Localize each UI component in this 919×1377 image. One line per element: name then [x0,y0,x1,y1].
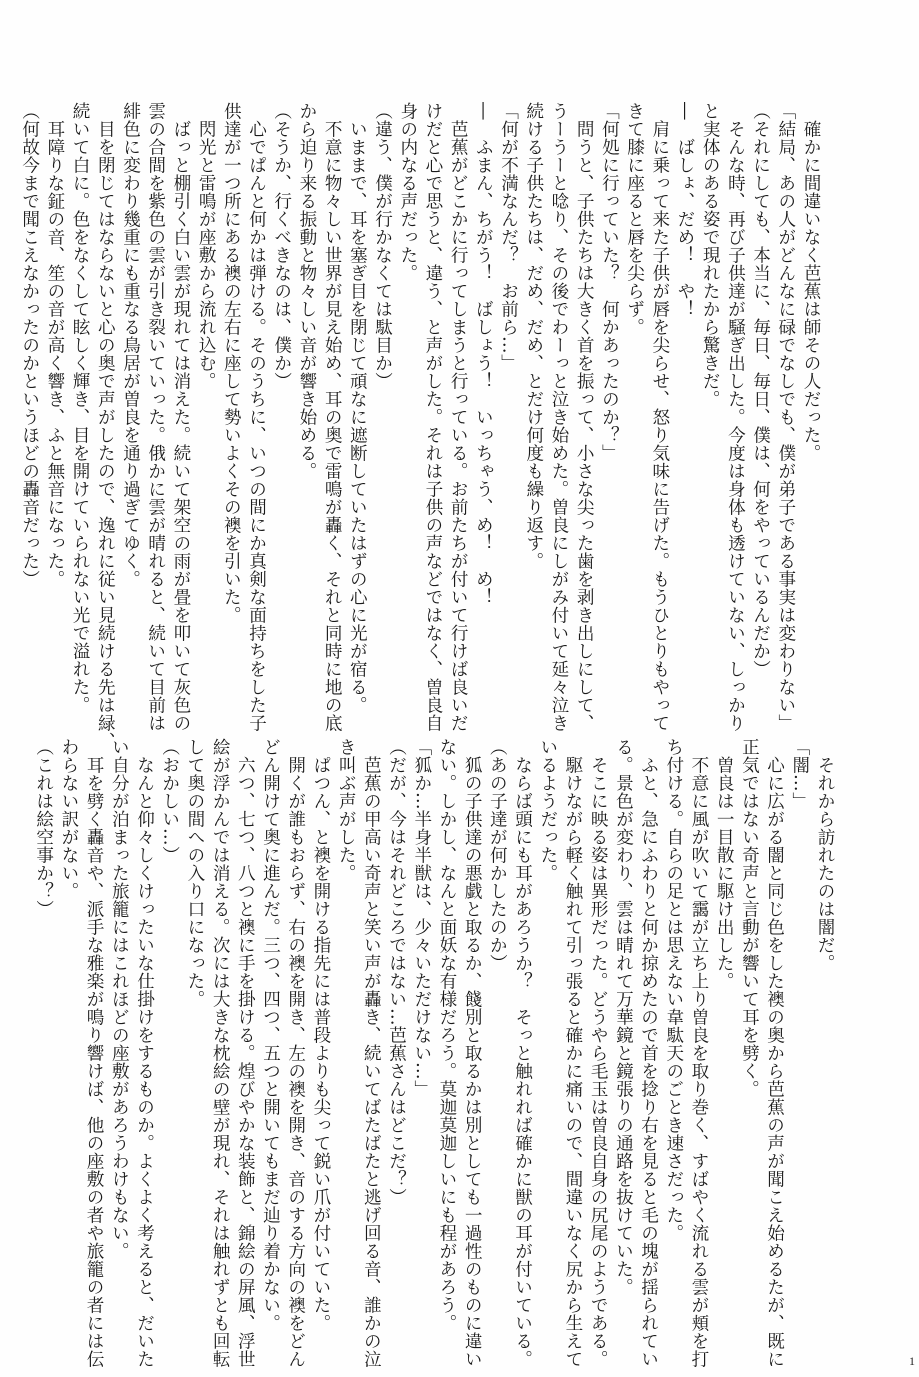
text-line: そこに映る姿は異形だった。どうやら毛玉は曽良自身の尻尾のようである。 [585,738,610,1298]
text-line: 耳障りな鉦の音、笙の音が高く響き、ふと無音になった。 [42,102,67,662]
text-line: 駆けながら軽く触れて引っ張ると確かに痛いので、間違いなく尻から生えて [560,738,585,1298]
text-line: 目を閉じてはならないと心の奥で声がしたので、逸れに従い見続ける先は緑、 [92,102,117,662]
text-line: 緋色に変わり幾重にも重なる鳥居が曽良を通り過ぎてゆく。 [117,102,142,662]
text-line: 続いて白に。色をなくして眩しく輝き、目を開けていられない光で溢れた。 [67,102,92,662]
text-line: 身の内なる声だった。 [395,102,420,662]
text-line: 曽良は一目散に駆け出した。 [711,738,736,1298]
text-line: （あの子達が何かしたのか） [484,738,509,1298]
text-line: い自分が泊まった旅籠にはこれほどの座敷があろうわけもない。 [106,738,131,1298]
text-line: 不意に風が吹いて靄が立ち上り曽良を取り巻く、すばやく流れる雲が頬を打 [686,738,711,1298]
text-line: 「闇…」 [787,738,812,1298]
text-line: 六つ、七つ、八つと襖に手を掛ける。煌びやかな装飾と、錦絵の屏風、浮世 [232,738,257,1298]
text-line: ― ふまん、ちがう！ ばしょう！ いっちゃう、め！ め！ [470,102,495,662]
text-line: して奥の間への入り口になった。 [182,738,207,1298]
text-line: けだと心で思うと、違う、と声がした。それは子供の声などではなく、曽良自 [420,102,445,662]
text-line: 不意に物々しい世界が見え始め、耳の奥で雷鳴が轟く、それと同時に地の底 [319,102,344,662]
book-page: 確かに間違いなく芭蕉は師その人だった。「結局、あの人がどんなに碌でなしでも、僕が… [0,0,919,1377]
text-line: と実体のある姿で現れたから驚きだ。 [697,102,722,662]
text-line: （何故今まで聞こえなかったのかというほどの轟音だった） [17,102,42,662]
text-block-bottom: それから訪れたのは闇だ。「闇…」 心に広がる闇と同じ色をした襖の奥から芭蕉の声が… [93,738,837,1298]
text-line: 閃光と雷鳴が座敷から流れ込む。 [193,102,218,662]
text-line: 続ける子供たちは、だめ、だめ、とだけ何度も繰り返す。 [521,102,546,662]
text-line: 正気ではない奇声と言動が響いて耳を劈く。 [736,738,761,1298]
text-line: それから訪れたのは闇だ。 [812,738,837,1298]
text-line: る。景色が変わり、雲は晴れて万華鏡と鏡張りの通路を抜けていた。 [610,738,635,1298]
text-line: ち付ける。自らの足とは思えない韋駄天のごとき速さだった。 [661,738,686,1298]
page-number: 1 [909,1354,919,1369]
text-line: 絵が浮かんでは消える。次には大きな枕絵の壁が現れ、それは触れずとも回転 [207,738,232,1298]
text-line: （そうか、行くべきなのは、僕か） [269,102,294,662]
text-line: （おかしい…） [157,738,182,1298]
text-line: ばっと棚引く白い雲が現れては消えた。続いて架空の雨が畳を叩いて灰色の [168,102,193,662]
text-line: 肩に乗って来た子供が唇を尖らせ、怒り気味に告げた。もうひとりもやって [647,102,672,662]
text-line: 雲の合間を紫色の雲が引き裂いていった。俄かに雲が晴れると、続いて目前は [143,102,168,662]
text-line: 芭蕉がどこかに行ってしまうと行っている。お前たちが付いて行けば良いだ [445,102,470,662]
text-line: 確かに間違いなく芭蕉は師その人だった。 [798,102,823,662]
text-line: ― ばしょ、だめ！ や！ [672,102,697,662]
text-line: きて膝に座ると唇を尖らず。 [621,102,646,662]
text-line: 供達が一つ所にある襖の左右に座して勢いよくその襖を引いた。 [218,102,243,662]
text-line: わらない訳がない。 [56,738,81,1298]
text-line: ぱつん、と襖を開ける指先には普段よりも尖って鋭い爪が付いていた。 [308,738,333,1298]
text-line: うーうーと唸り、その後でわーっと泣き始めた。曽良にしがみ付いて延々泣き [546,102,571,662]
text-line: 心に広がる闇と同じ色をした襖の奥から芭蕉の声が聞こえ始めるたが、既に [761,738,786,1298]
text-line: ならば頭にも耳があろうか？ そっと触れれば確かに獣の耳が付いている。 [509,738,534,1298]
text-line: 「何が不満なんだ？ お前ら…」 [495,102,520,662]
text-line: 開くが誰もおらず、右の襖を開き、左の襖を開き、音のする方向の襖をどん [283,738,308,1298]
text-block-top: 確かに間違いなく芭蕉は師その人だった。「結局、あの人がどんなに碌でなしでも、僕が… [93,102,823,662]
text-line: から迫り来る振動と物々しい音が響き始める。 [294,102,319,662]
text-line: 耳を劈く轟音や、派手な雅楽が鳴り響けば、他の座敷の者や旅籠の者には伝 [81,738,106,1298]
text-line: 問うと、子供たちは大きく首を振って、小さな尖った歯を剥き出しにして、 [571,102,596,662]
text-line: き叫ぶ声がした。 [333,738,358,1298]
text-line: 「狐か…半身半獣は、少々いただけない…」 [409,738,434,1298]
text-line: 狐の子供達の悪戯と取るか、餞別と取るかは別としても一過性のものに違い [459,738,484,1298]
text-line: （違う、僕が行かなくては駄目か） [369,102,394,662]
text-line: どん開けて奥に進んだ。三つ、四つ、五つと開いてもまだ辿り着かない。 [257,738,282,1298]
text-line: いるようだった。 [535,738,560,1298]
text-line: （それにしても、本当に、毎日、毎日、僕は、何をやっているんだか） [747,102,772,662]
text-line: （だが、今はそれどころではない…芭蕉さんはどこだ？） [383,738,408,1298]
text-line: 心でぱんと何かは弾ける。そのうちに、いつの間にか真剣な面持ちをした子 [243,102,268,662]
text-line: 「結局、あの人がどんなに碌でなしでも、僕が弟子である事実は変わりない」 [773,102,798,662]
text-line: そんな時、再び子供達が騒ぎ出した。今度は身体も透けていない、しっかり [722,102,747,662]
text-line: ふと、急にふわりと何か掠めたので首を捻り右を見ると毛の塊が揺られてい [635,738,660,1298]
text-line: 芭蕉の甲高い奇声と笑い声が轟き、続いてばたばたと逃げ回る音、誰かの泣 [358,738,383,1298]
text-line: いままで、耳を塞ぎ目を閉じて頑なに遮断していたはずの心に光が宿る。 [344,102,369,662]
text-line: 「何処に行っていた？ 何かあったのか？」 [596,102,621,662]
text-line: なんと仰々しくけったいな仕掛けをするものか。よくよく考えると、だいた [131,738,156,1298]
text-line: ない。しかし、なんと面妖な有様だろう。莫迦莫迦しいにも程があろう。 [434,738,459,1298]
text-line: （これは絵空事か？） [31,738,56,1298]
